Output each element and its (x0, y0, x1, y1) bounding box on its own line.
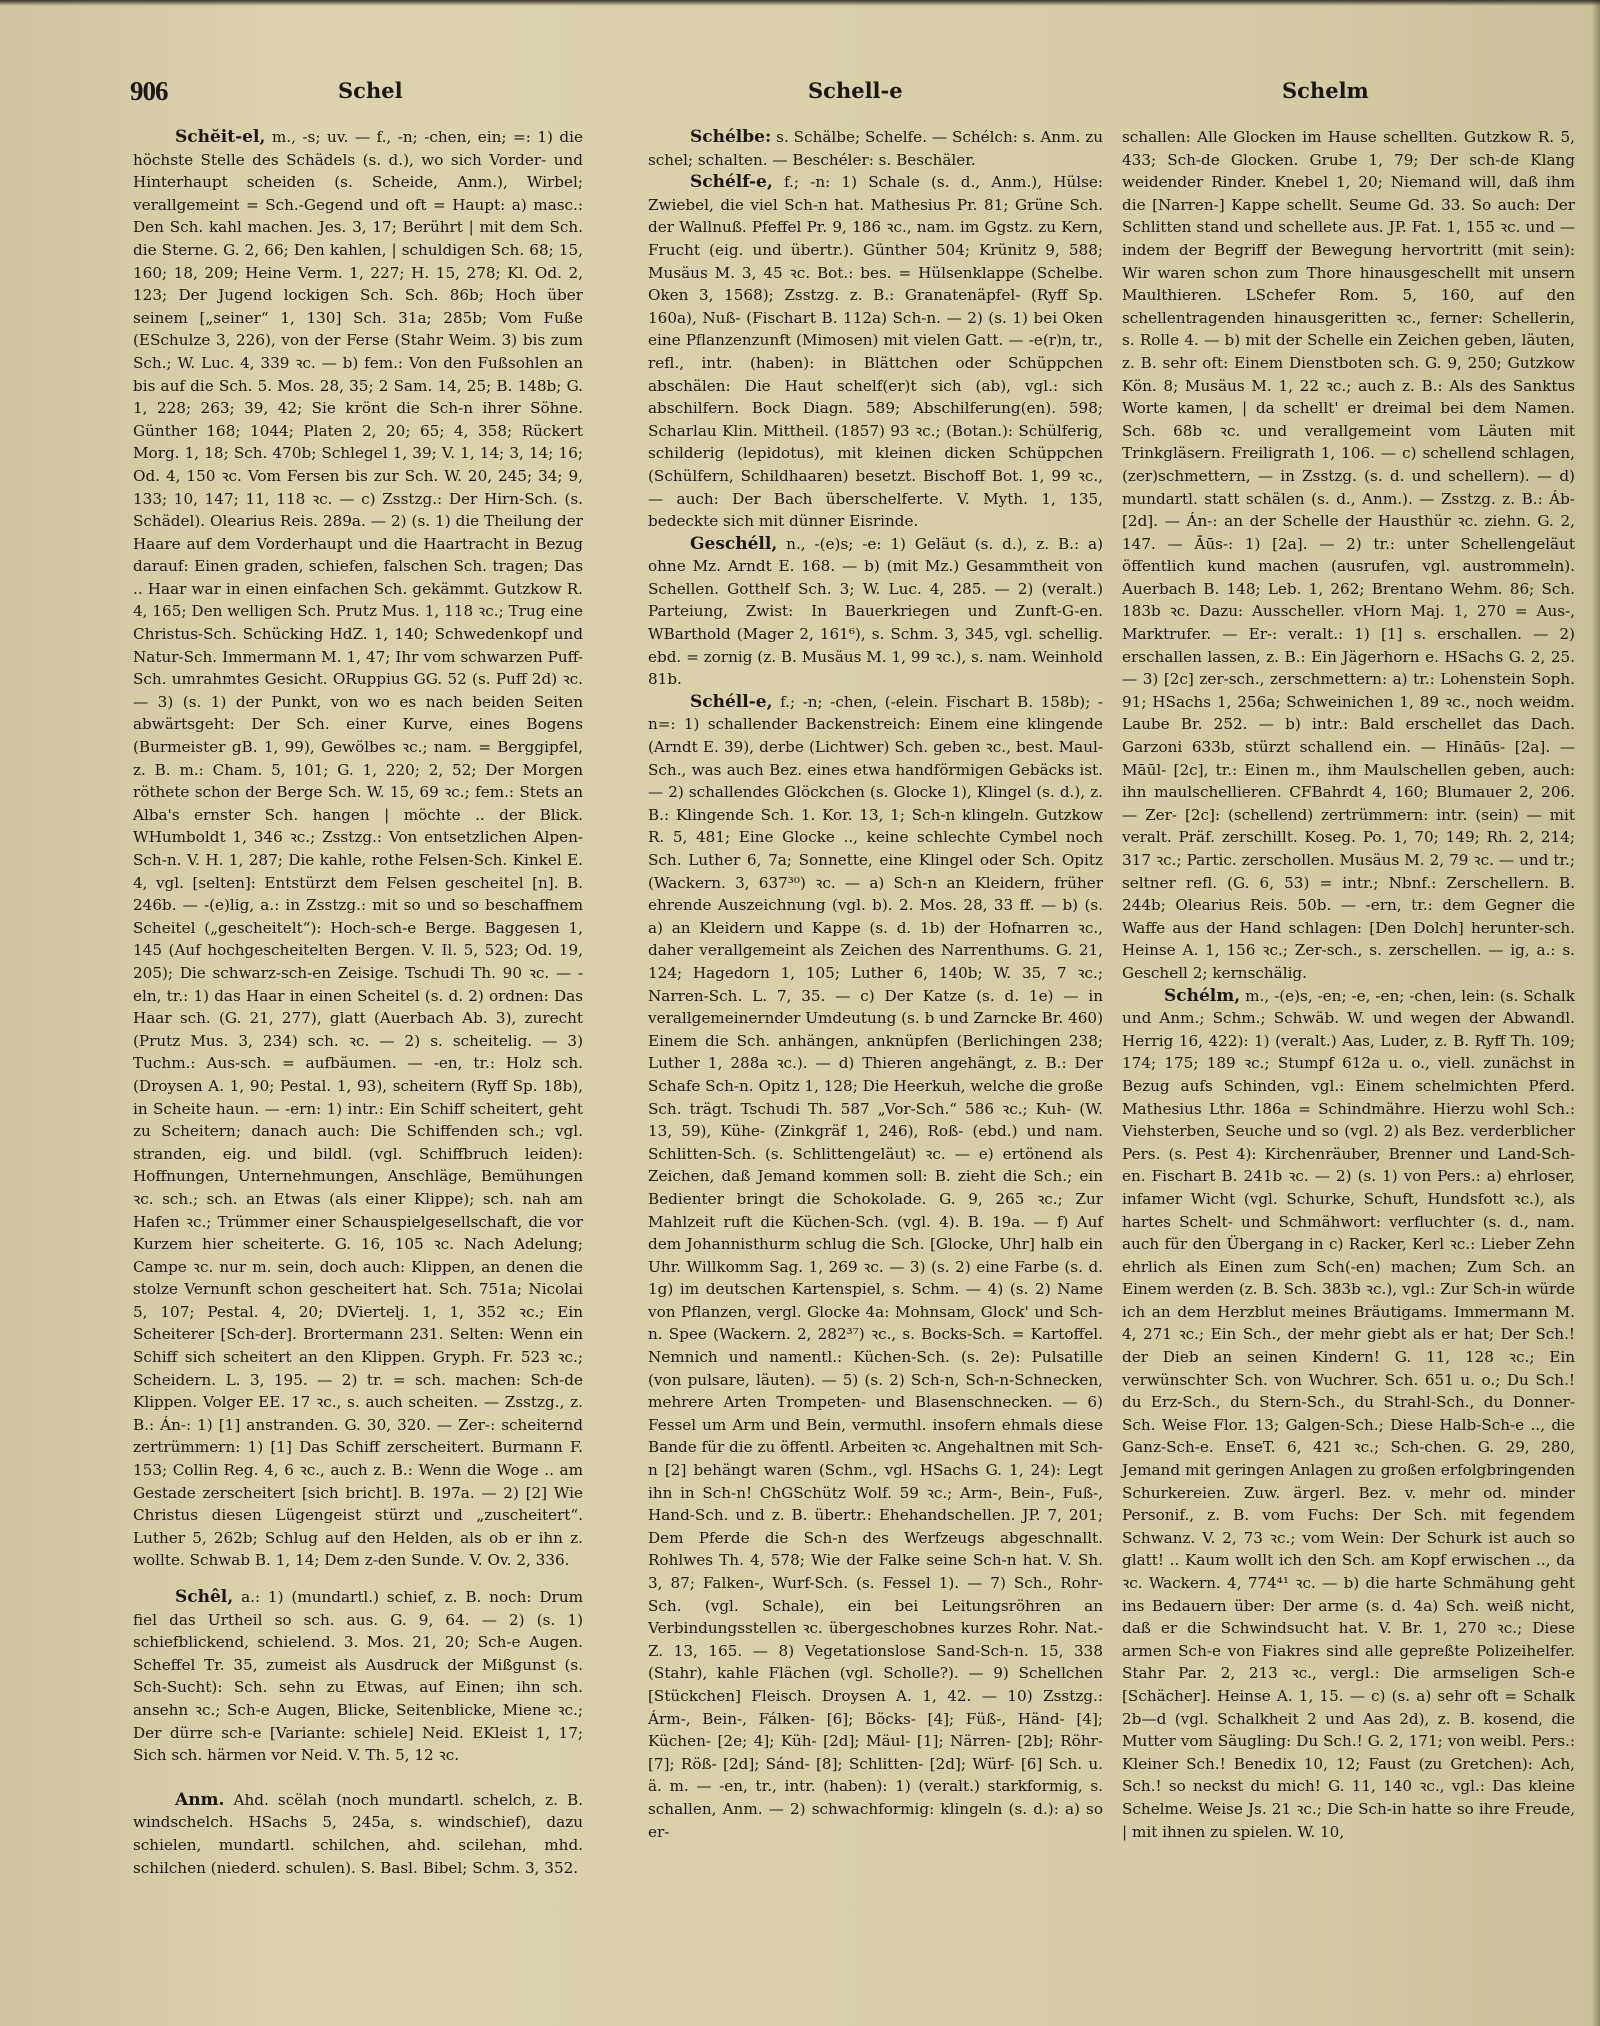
page-right-edge (1592, 0, 1600, 2026)
dictionary-entry-schelle: Schéll-e, f.; -n; -chen, (-elein. Fischa… (648, 691, 1103, 1843)
entry-headword: Schêl, (175, 1587, 233, 1607)
dictionary-entry-schellen-continued: schallen: Alle Glocken im Hause schellte… (1122, 126, 1575, 985)
dictionary-entry-schel: Schêl, a.: 1) (mundartl.) schief, z. B. … (133, 1586, 583, 1767)
entry-body: m., -(e)s, -en; -e, -en; -chen, lein: (s… (1122, 987, 1575, 1841)
entry-headword: Schélm, (1164, 986, 1240, 1006)
entry-body: f.; -n; -chen, (-elein. Fischart B. 158b… (648, 693, 1103, 1841)
page-header: 906 Schel Schell-e Schelm (0, 70, 1600, 110)
entry-body: schallen: Alle Glocken im Hause schellte… (1122, 128, 1575, 982)
column-left: Schĕit-el, m., -s; uv. — f., -n; -chen, … (133, 126, 583, 1879)
column-middle: Schélbe: s. Schälbe; Schelfe. — Schélch:… (648, 126, 1103, 1843)
running-head-middle: Schell-e (808, 78, 903, 103)
entry-headword: Geschéll, (690, 534, 777, 554)
column-right: schallen: Alle Glocken im Hause schellte… (1122, 126, 1575, 1843)
entry-headword: Schĕit-el, (175, 127, 265, 147)
entry-headword: Schélf-e, (690, 172, 773, 192)
entry-headword: Schélbe: (690, 127, 771, 147)
dictionary-entry-schelfe: Schélf-e, f.; -n: 1) Schale (s. d., Anm.… (648, 171, 1103, 533)
dictionary-entry-scheitel: Schĕit-el, m., -s; uv. — f., -n; -chen, … (133, 126, 583, 1572)
dictionary-entry-schelbe: Schélbe: s. Schälbe; Schelfe. — Schélch:… (648, 126, 1103, 171)
entry-body: m., -s; uv. — f., -n; -chen, ein; =: 1) … (133, 128, 583, 1569)
dictionary-note-anm: Anm. Ahd. scëlah (noch mundartl. schelch… (133, 1789, 583, 1879)
entry-body: f.; -n: 1) Schale (s. d., Anm.), Hülse: … (648, 173, 1103, 530)
running-head-left: Schel (338, 78, 403, 103)
dictionary-entry-geschell: Geschéll, n., -(e)s; -e: 1) Geläut (s. d… (648, 533, 1103, 691)
page-number: 906 (130, 76, 168, 107)
dictionary-entry-schelm: Schélm, m., -(e)s, -en; -e, -en; -chen, … (1122, 985, 1575, 1844)
note-label: Anm. (175, 1790, 224, 1810)
page-top-shadow (0, 0, 1600, 6)
entry-body: n., -(e)s; -e: 1) Geläut (s. d.), z. B.:… (648, 535, 1103, 689)
entry-headword: Schéll-e, (690, 692, 773, 712)
running-head-right: Schelm (1282, 78, 1369, 103)
entry-body: a.: 1) (mundartl.) schief, z. B. noch: D… (133, 1588, 583, 1764)
